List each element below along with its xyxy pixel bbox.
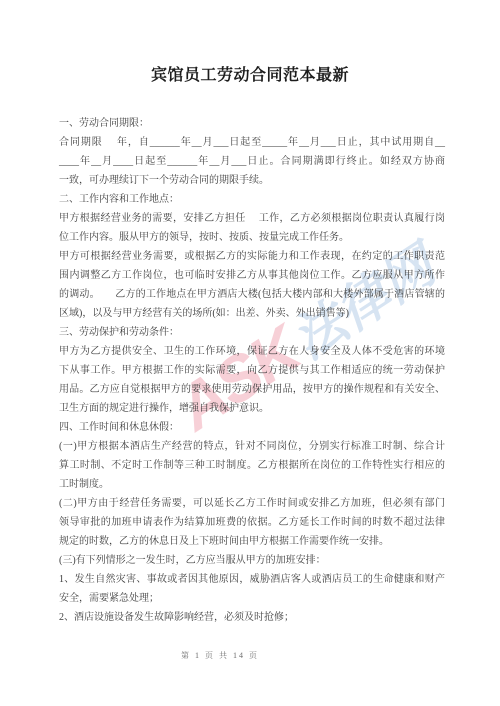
document-line: 位工作内容。服从甲方的领导，按时、按质、按量完成工作任务。 bbox=[59, 228, 445, 247]
document-page: ASK 法律网 宾馆员工劳动合同范本最新 一、劳动合同期限：合同期限 年，自__… bbox=[0, 0, 500, 706]
document-line: ____年__月____日起至______年__月___日止。合同期满即行终止。… bbox=[59, 152, 445, 171]
document-line: 用品。乙方应自觉根据甲方的要求使用劳动保护用品，按甲方的操作规程和有关安全、 bbox=[59, 380, 445, 399]
document-line: 一、劳动合同期限： bbox=[59, 114, 445, 133]
document-line: (一)甲方根据本酒店生产经营的特点，针对不同岗位，分别实行标准工时制、综合计 bbox=[59, 437, 445, 456]
document-line: 二、工作内容和工作地点： bbox=[59, 190, 445, 209]
document-line: 卫生方面的规定进行操作，增强自我保护意识。 bbox=[59, 399, 445, 418]
document-line: 甲方根据经营业务的需要，安排乙方担任 工作，乙方必须根据岗位职责认真履行岗 bbox=[59, 209, 445, 228]
document-line: 2、酒店设施设备发生故障影响经营，必须及时抢修； bbox=[59, 608, 445, 627]
document-line: 1、发生自然灾害、事故或者因其他原因，威胁酒店客人或酒店员工的生命健康和财产 bbox=[59, 570, 445, 589]
document-line: 规定的时数，乙方的休息日及上下班时间由甲方根据工作需要作统一安排。 bbox=[59, 532, 445, 551]
document-line: 安全，需要紧急处理； bbox=[59, 589, 445, 608]
document-line: 的调动。 乙方的工作地点在甲方酒店大楼(包括大楼内部和大楼外部属于酒店管辖的 bbox=[59, 285, 445, 304]
document-line: 四、工作时间和休息休假： bbox=[59, 418, 445, 437]
document-line: (三)有下列情形之一发生时，乙方应当服从甲方的加班安排： bbox=[59, 551, 445, 570]
document-line: (二)甲方由于经营任务需要，可以延长乙方工作时间或安排乙方加班，但必须有部门 bbox=[59, 494, 445, 513]
document-line: 算工时制、不定时工作制等三种工时制度。乙方根据所在岗位的工作特性实行相应的 bbox=[59, 456, 445, 475]
document-line: 三、劳动保护和劳动条件： bbox=[59, 323, 445, 342]
document-line: 下从事工作。甲方根据工作的实际需要，向乙方提供与其工作相适应的统一劳动保护 bbox=[59, 361, 445, 380]
document-line: 工时制度。 bbox=[59, 475, 445, 494]
document-line: 甲方为乙方提供安全、卫生的工作环境，保证乙方在人身安全及人体不受危害的环境 bbox=[59, 342, 445, 361]
document-line: 甲方可根据经营业务需要，或根据乙方的实际能力和工作表现，在约定的工作职责范 bbox=[59, 247, 445, 266]
document-line: 围内调整乙方工作岗位，也可临时安排乙方从事其他岗位工作。乙方应服从甲方所作 bbox=[59, 266, 445, 285]
document-title: 宾馆员工劳动合同范本最新 bbox=[0, 62, 500, 85]
document-line: 区域)，以及与甲方经营有关的场所(如：出差、外卖、外出销售等) bbox=[59, 304, 445, 323]
document-line: 合同期限 年，自______年__月___日起至_____年__月___日止，其… bbox=[59, 133, 445, 152]
document-line: 领导审批的加班申请表作为结算加班费的依据。乙方延长工作时间的时数不超过法律 bbox=[59, 513, 445, 532]
page-number: 第 1 页 共 14 页 bbox=[0, 650, 440, 661]
document-body: 一、劳动合同期限：合同期限 年，自______年__月___日起至_____年_… bbox=[59, 114, 445, 627]
document-line: 一致，可办理续订下一个劳动合同的期限手续。 bbox=[59, 171, 445, 190]
